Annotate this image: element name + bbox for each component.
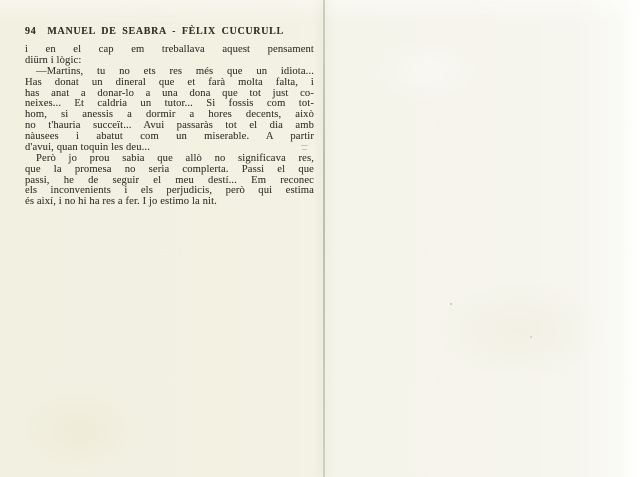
paper-speck bbox=[450, 303, 452, 305]
stray-mark bbox=[302, 149, 307, 150]
page-number: 94 bbox=[25, 26, 36, 37]
text-line: és així, i no hi ha res a fer. I jo esti… bbox=[25, 197, 314, 208]
body-text: i en el cap em treballava aquest pensame… bbox=[25, 45, 314, 208]
stray-mark bbox=[301, 145, 308, 146]
book-scan: 94MANUEL DE SEABRA - FÈLIX CUCURULL i en… bbox=[0, 0, 640, 477]
page-right: BRANQUINHO DA FONSECA (1905) L'ÀNGEL bbox=[326, 0, 640, 477]
text-line: que la promesa no seria complerta. Passi… bbox=[25, 165, 314, 176]
page-gutter bbox=[323, 0, 325, 477]
text-line: Però jo prou sabia que allò no significa… bbox=[25, 154, 314, 165]
running-title: MANUEL DE SEABRA - FÈLIX CUCURULL bbox=[47, 26, 283, 37]
page-left: 94MANUEL DE SEABRA - FÈLIX CUCURULL i en… bbox=[0, 0, 323, 477]
text-line: Has donat un dineral que et farà molta f… bbox=[25, 78, 314, 89]
running-header: 94MANUEL DE SEABRA - FÈLIX CUCURULL bbox=[25, 26, 315, 37]
text-line: —Martins, tu no ets res més que un idiot… bbox=[25, 67, 314, 78]
paper-speck bbox=[530, 336, 532, 338]
scan-edge bbox=[624, 0, 640, 477]
